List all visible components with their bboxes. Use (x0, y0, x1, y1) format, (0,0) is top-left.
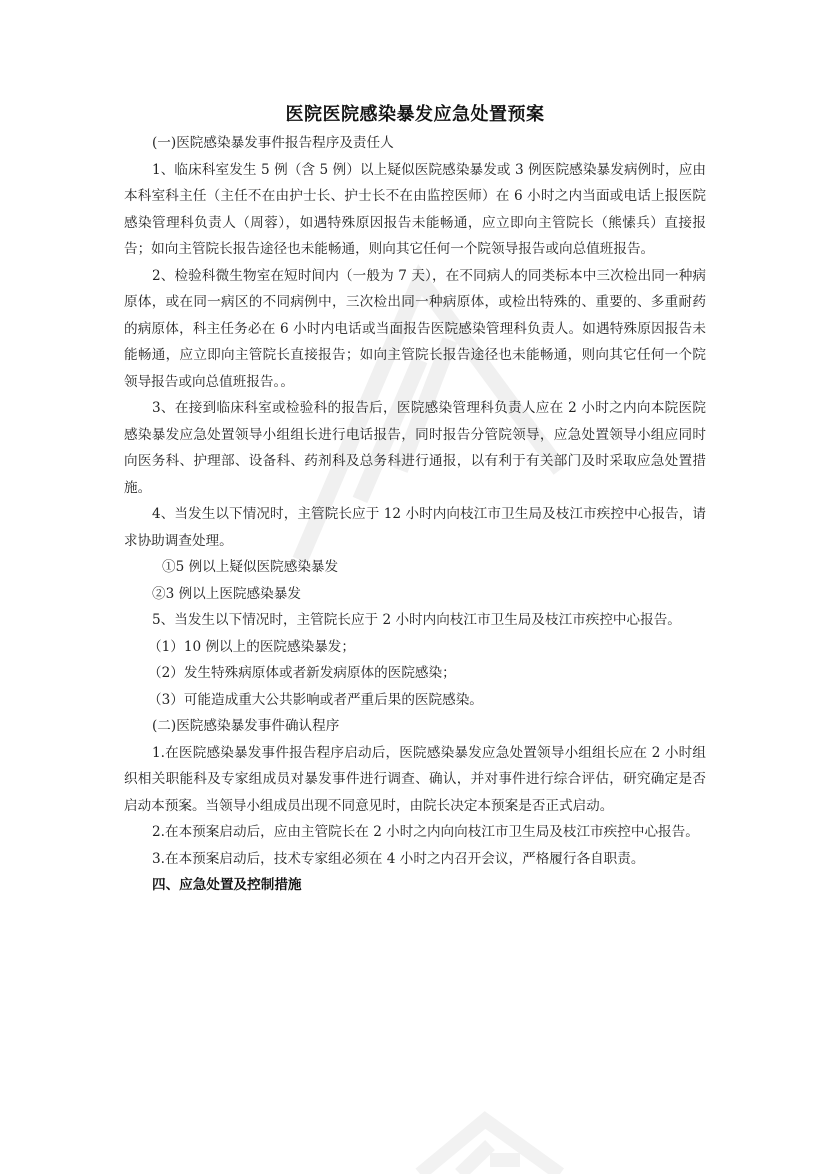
paragraph-item-2: 2、检验科微生物室在短时间内（一般为 7 天），在不同病人的同类标本中三次检出同… (124, 263, 706, 396)
paragraph-item-4: 4、当发生以下情况时，主管院长应于 12 小时内向枝江市卫生局及枝江市疾控中心报… (124, 501, 706, 554)
section-heading-emergency-measures: 四、应急处置及控制措施 (124, 872, 706, 899)
paragraph-confirm-2: 2.在本预案启动后，应由主管院长在 2 小时之内向向枝江市卫生局及枝江市疾控中心… (124, 819, 706, 846)
list-item: （3）可能造成重大公共影响或者严重后果的医院感染。 (124, 687, 706, 714)
list-item: ②3 例以上医院感染暴发 (124, 581, 706, 608)
page-title: 医院医院感染暴发应急处置预案 (124, 100, 706, 130)
paragraph-confirm-3: 3.在本预案启动后，技术专家组必须在 4 小时之内召开会议，严格履行各自职责。 (124, 846, 706, 873)
paragraph-item-1: 1、临床科室发生 5 例（含 5 例）以上疑似医院感染暴发或 3 例医院感染暴发… (124, 157, 706, 263)
list-item: （2）发生特殊病原体或者新发病原体的医院感染； (124, 660, 706, 687)
paragraph-item-3: 3、在接到临床科室或检验科的报告后，医院感染管理科负责人应在 2 小时之内向本院… (124, 395, 706, 501)
section-heading-confirmation: (二)医院感染暴发事件确认程序 (124, 713, 706, 740)
paragraph-confirm-1: 1.在医院感染暴发事件报告程序启动后，医院感染暴发应急处置领导小组组长应在 2 … (124, 740, 706, 820)
section-heading-reporting: (一)医院感染暴发事件报告程序及责任人 (124, 130, 706, 157)
list-item: ①5 例以上疑似医院感染暴发 (124, 554, 706, 581)
document-page: 医院医院感染暴发应急处置预案 (一)医院感染暴发事件报告程序及责任人 1、临床科… (124, 100, 706, 899)
paragraph-item-5: 5、当发生以下情况时，主管院长应于 2 小时内向枝江市卫生局及枝江市疾控中心报告… (124, 607, 706, 634)
list-item: （1）10 例以上的医院感染暴发； (124, 634, 706, 661)
